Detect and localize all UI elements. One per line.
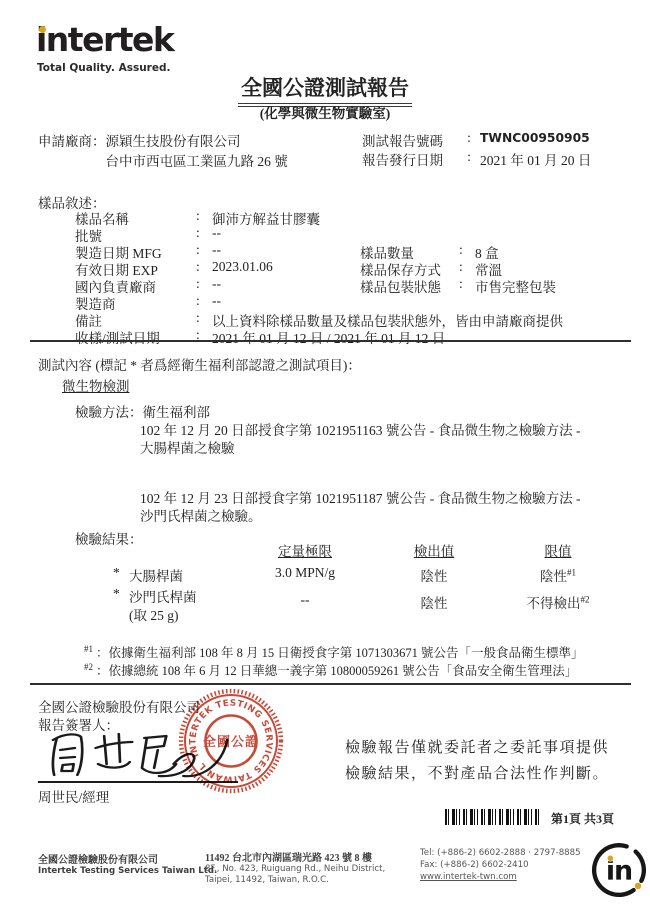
cell-limit: 陰性#1 [506,565,610,585]
table-row-item: * 大腸桿菌 [113,565,183,585]
disclaimer-line-1: 檢驗報告僅就委託者之委託事項提供 [345,736,609,757]
sample-row-value: 2021 年 01 月 12 日 / 2021 年 01 月 12 日 [212,327,445,347]
test-category: 微生物檢測 [62,375,130,395]
cell-detected: 陰性 [388,565,480,585]
issue-date-label: 報告發行日期 [362,149,458,169]
applicant-name: 源穎生技股份有限公司 [106,130,288,150]
col-header-limit: 限值 [506,540,610,560]
footnote-text: ：依據總統 108 年 6 月 12 日華總一義字第 10800059261 號… [96,664,577,678]
disclaimer-line-2: 檢驗結果，不對產品合法性作判斷。 [345,762,609,783]
limit-text: 陰性 [540,569,567,584]
applicant-address: 台中市西屯區工業區九路 26 號 [106,150,288,170]
sample-row-value: 御沛方解益甘膠囊 [212,208,320,228]
footer-tel: Tel: (+886-2) 6602-2888 · 2797-8885 [420,847,581,859]
stamp-center-text: 全國公證 [203,734,259,749]
cell-detected: 陰性 [388,592,480,612]
report-no-row: 測試報告號碼 : TWNC00950905 [362,130,590,150]
intertek-logo-text: intertek [36,20,173,59]
method-row: 檢驗方法： 衛生福利部 [75,401,210,421]
certified-mark: * [113,565,129,585]
item-name: 大腸桿菌 [129,565,183,585]
limit-text: 不得檢出 [527,596,581,611]
cell-loq: -- [240,592,370,608]
footer-company-en: Intertek Testing Services Taiwan Ltd. [38,866,217,876]
cell-limit: 不得檢出#2 [506,592,610,612]
test-content-heading: 測試內容 (標記 * 者爲經衛生福利部認證之測試項目)： [38,354,361,374]
signer-name-title: 周世民/經理 [38,786,109,806]
footer-fax: Fax: (+886-2) 6602-2410 [420,859,529,871]
footer-address-en-2: Taipei, 11492, Taiwan, R.O.C. [205,874,329,886]
method-source: 衛生福利部 [143,401,211,421]
sample-row-value: 市售完整包裝 [475,276,556,296]
sample-row-label: 收樣/測試日期 [75,327,196,347]
sample-right-row: 樣品包裝狀態 : 市售完整包裝 [360,276,556,296]
colon: : [458,130,480,150]
footnote-text: ：依據衛生福利部 108 年 8 月 15 日衛授食字第 1071303671 … [96,646,584,660]
colon: : [196,327,212,347]
intertek-roundel-icon: in [589,840,649,900]
report-page: intertek Total Quality. Assured. 全國公證測試報… [0,0,650,920]
col-header-detected: 檢出值 [388,540,480,560]
footnote-ref: #1 [84,644,93,654]
footer-website-link[interactable]: www.intertek-twn.com [420,871,517,883]
logo-gold-dot-icon [39,26,46,33]
certified-mark: * [113,586,129,606]
method-1-line-1: 102 年 12 月 20 日部授食字第 1021951163 號公告 - 食品… [140,419,581,439]
colon: : [459,276,475,296]
method-2-line-2: 沙門氏桿菌之檢驗。 [140,505,262,525]
report-no-value: TWNC00950905 [480,131,590,151]
report-no-label: 測試報告號碼 [362,130,458,150]
footnote-ref: #2 [84,662,93,672]
limit-footnote-ref: #1 [567,568,576,578]
result-label: 檢驗結果： [75,528,143,548]
issue-date-row: 報告發行日期 : 2021 年 01 月 20 日 [362,149,591,169]
method-1-line-2: 大腸桿菌之檢驗 [140,437,235,457]
footnote: #1：依據衛生福利部 108 年 8 月 15 日衛授食字第 107130367… [84,643,584,661]
colon: : [458,149,480,169]
page-number: 第1頁 共3頁 [551,810,614,827]
table-row-item: * 沙門氏桿菌 [113,586,197,606]
applicant-label: 申請廠商： [38,130,106,170]
footer-company-zh: 全國公證檢驗股份有限公司 [38,851,158,866]
sample-row: 收樣/測試日期 : 2021 年 01 月 12 日 / 2021 年 01 月… [75,327,445,347]
intertek-logo: intertek [36,20,173,59]
footnote: #2：依據總統 108 年 6 月 12 日華總一義字第 10800059261… [84,661,577,679]
issue-date-value: 2021 年 01 月 20 日 [480,149,591,169]
footer-address-zh: 11492 台北市內湖區瑞光路 423 號 8 樓 [205,849,372,864]
cell-loq: 3.0 MPN/g [240,565,370,581]
item-name: 沙門氏桿菌 [129,586,197,606]
applicant-row: 申請廠商： 源穎生技股份有限公司 台中市西屯區工業區九路 26 號 [38,130,288,170]
divider-top [30,340,631,342]
method-label: 檢驗方法： [75,401,143,421]
item-note: (取 25 g) [129,604,179,624]
sample-row-value: 2023.01.06 [212,259,273,279]
col-header-loq: 定量極限 [240,540,370,560]
report-subtitle: (化學與微生物實驗室) [0,102,650,122]
company-stamp: INTERTEK TESTING SERVICES TAIWAN LTD. 全國… [176,686,286,796]
divider-bottom [30,683,631,685]
limit-footnote-ref: #2 [581,595,590,605]
method-2-line-1: 102 年 12 月 23 日部授食字第 1021951187 號公告 - 食品… [140,487,581,507]
sample-row-label: 樣品包裝狀態 [360,276,459,296]
barcode [445,809,542,825]
